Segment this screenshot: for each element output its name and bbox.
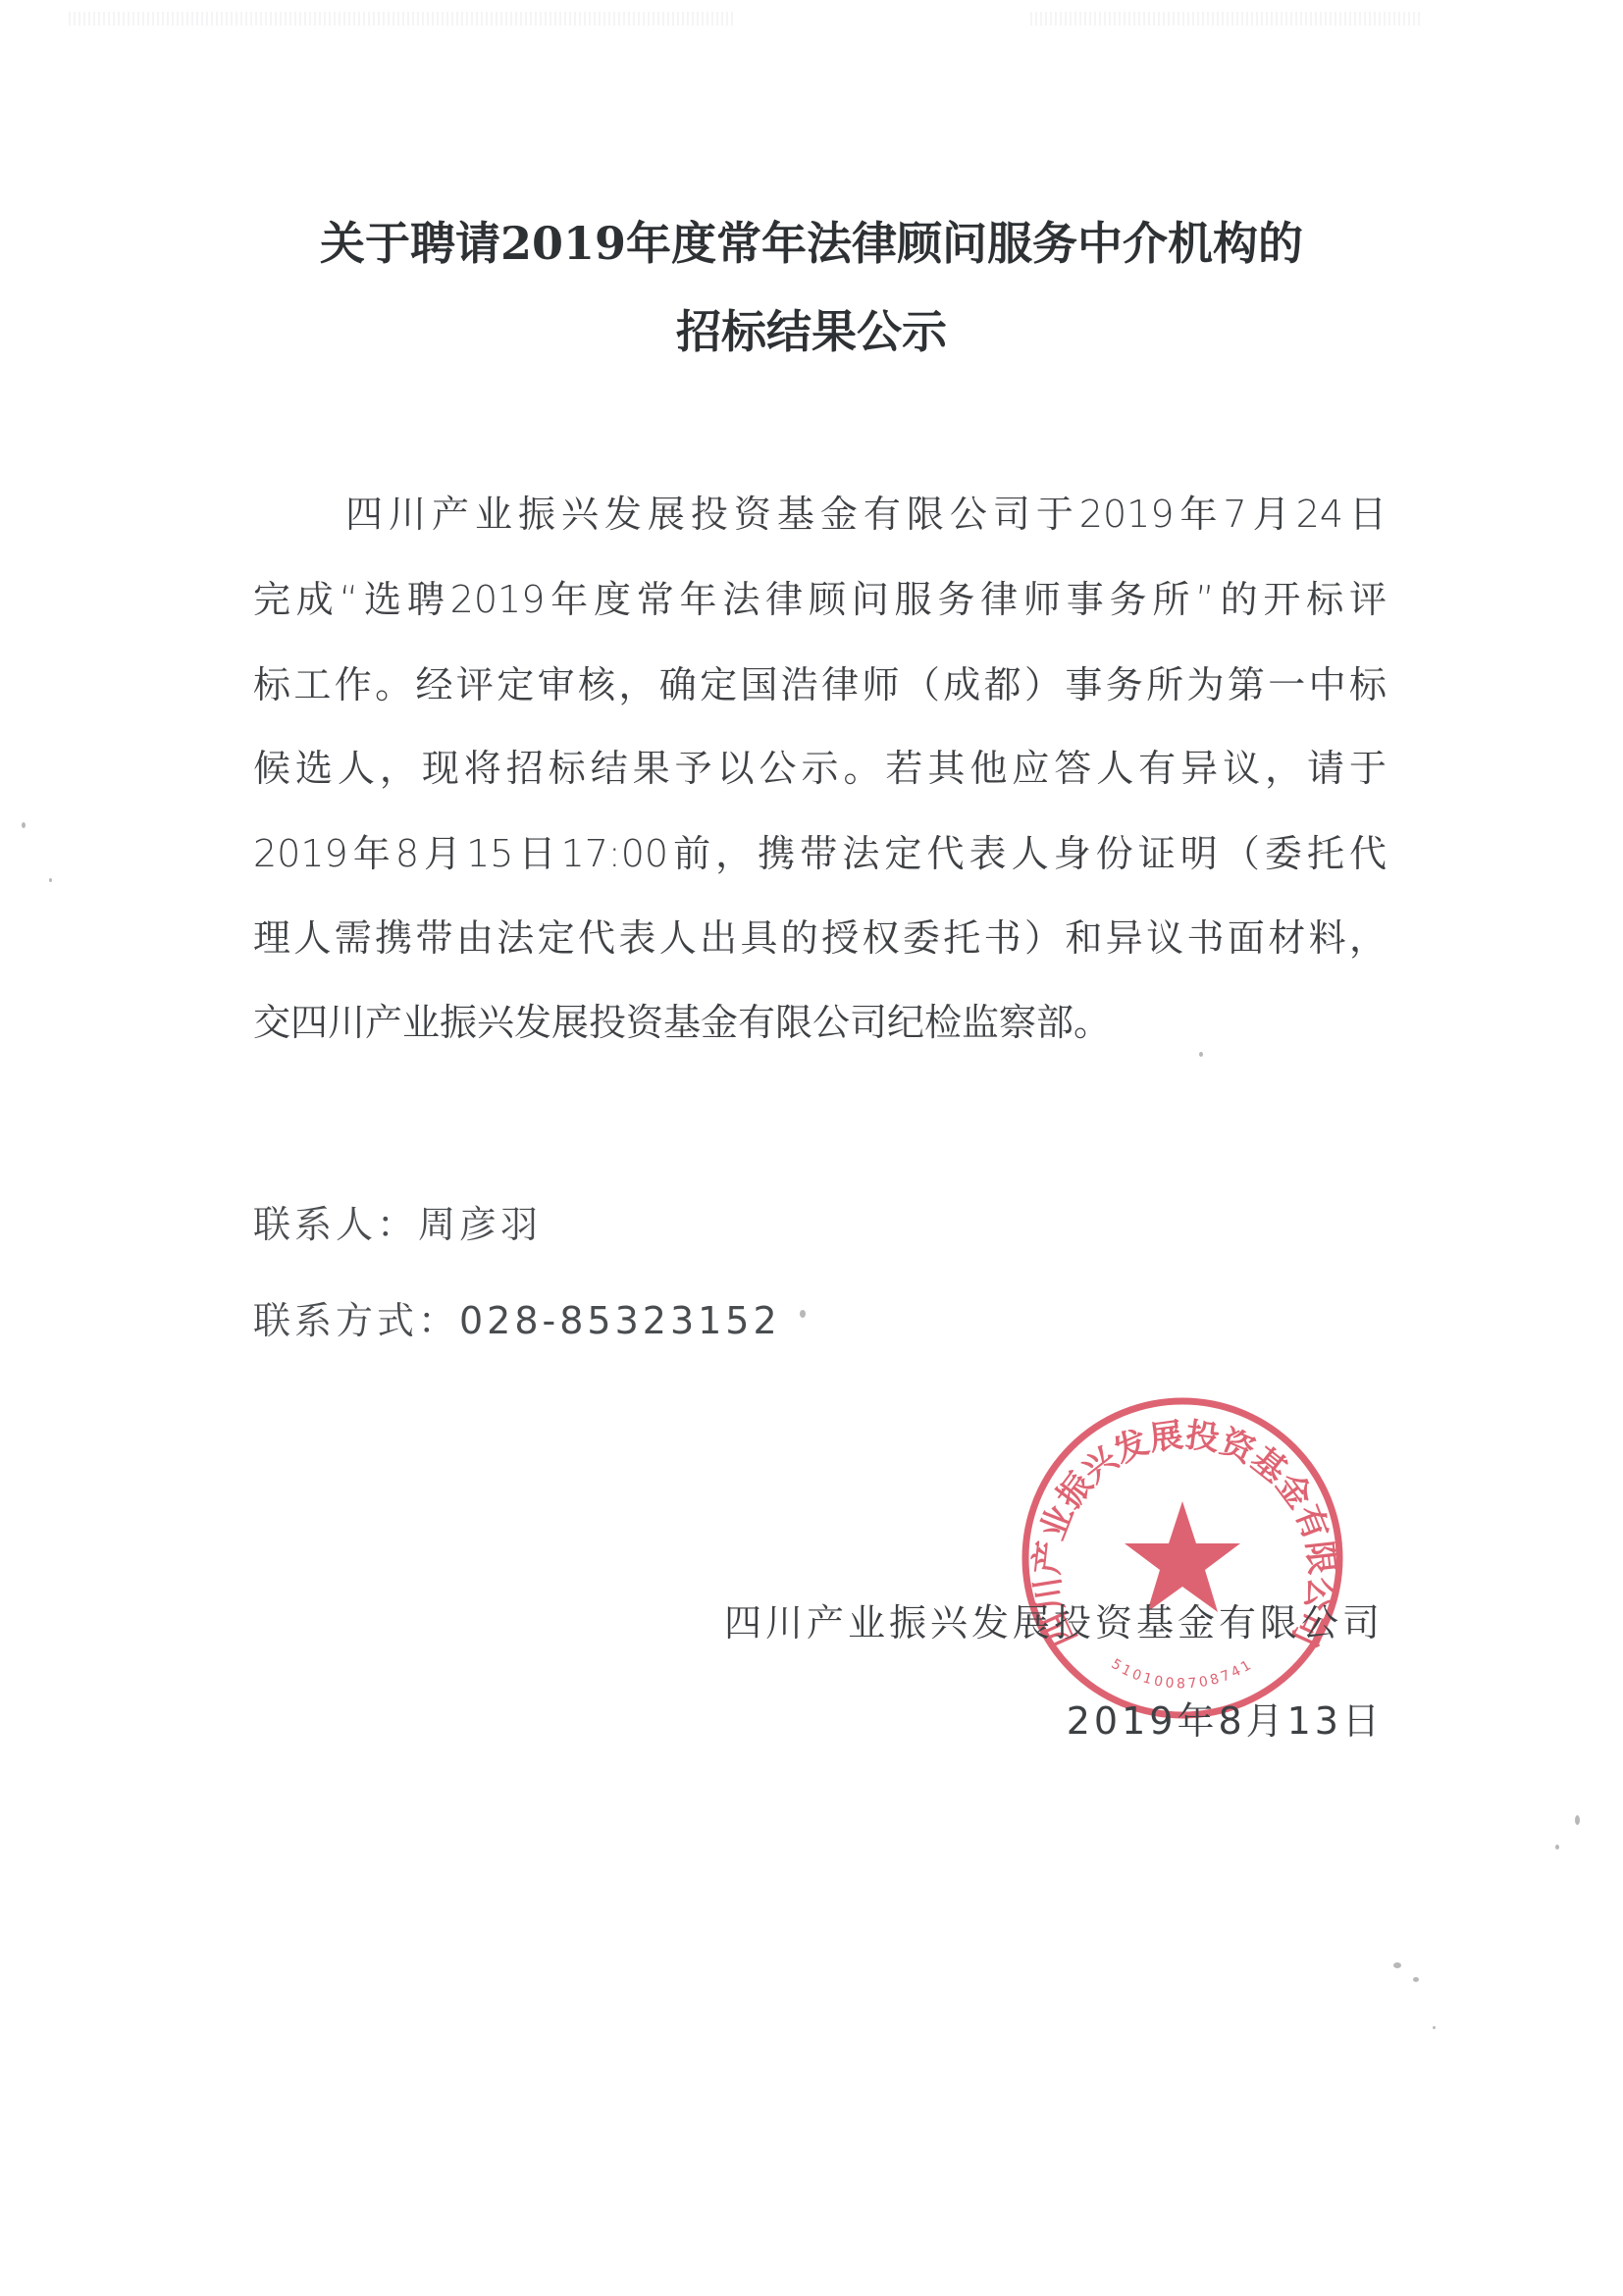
scan-speck — [1575, 1815, 1580, 1825]
signature-organization: 四川产业振兴发展投资基金有限公司 — [724, 1599, 1384, 1646]
svg-text:5101008708741: 5101008708741 — [1109, 1656, 1257, 1692]
body-line: 四川产业振兴发展投资基金有限公司于2019年7月24日 — [345, 491, 1387, 538]
scan-noise — [69, 12, 736, 26]
body-line: 候选人，现将招标结果予以公示。若其他应答人有异议，请于 — [253, 745, 1387, 792]
scan-speck — [1393, 1962, 1401, 1968]
body-line: 交四川产业振兴发展投资基金有限公司纪检监察部。 — [253, 999, 1387, 1046]
scan-speck — [1413, 1977, 1419, 1982]
contact-phone: 联系方式：028-85323152 — [253, 1297, 781, 1344]
body-line: 完成“选聘2019年度常年法律顾问服务律师事务所”的开标评 — [253, 576, 1387, 623]
scan-speck — [1199, 1052, 1203, 1057]
scan-noise — [1030, 12, 1423, 26]
scan-speck — [22, 822, 26, 828]
scan-speck — [49, 878, 52, 882]
contact-person: 联系人：周彦羽 — [253, 1201, 542, 1248]
company-seal-icon: 四川产业振兴发展投资基金有限公司 5101008708741 — [1016, 1391, 1349, 1725]
body-line: 标工作。经评定审核，确定国浩律师（成都）事务所为第一中标 — [253, 661, 1387, 708]
seal-code: 5101008708741 — [1109, 1656, 1257, 1692]
scan-speck — [1433, 2026, 1436, 2029]
body-line: 2019年8月15日17:00前，携带法定代表人身份证明（委托代 — [253, 830, 1387, 877]
document-title-line-2: 招标结果公示 — [0, 296, 1623, 361]
scan-speck — [1555, 1845, 1559, 1850]
body-line: 理人需携带由法定代表人出具的授权委托书）和异议书面材料， — [253, 914, 1387, 962]
signature-date: 2019年8月13日 — [1067, 1697, 1384, 1745]
document-title-line-1: 关于聘请2019年度常年法律顾问服务中介机构的 — [0, 208, 1623, 273]
scan-speck — [800, 1310, 806, 1318]
